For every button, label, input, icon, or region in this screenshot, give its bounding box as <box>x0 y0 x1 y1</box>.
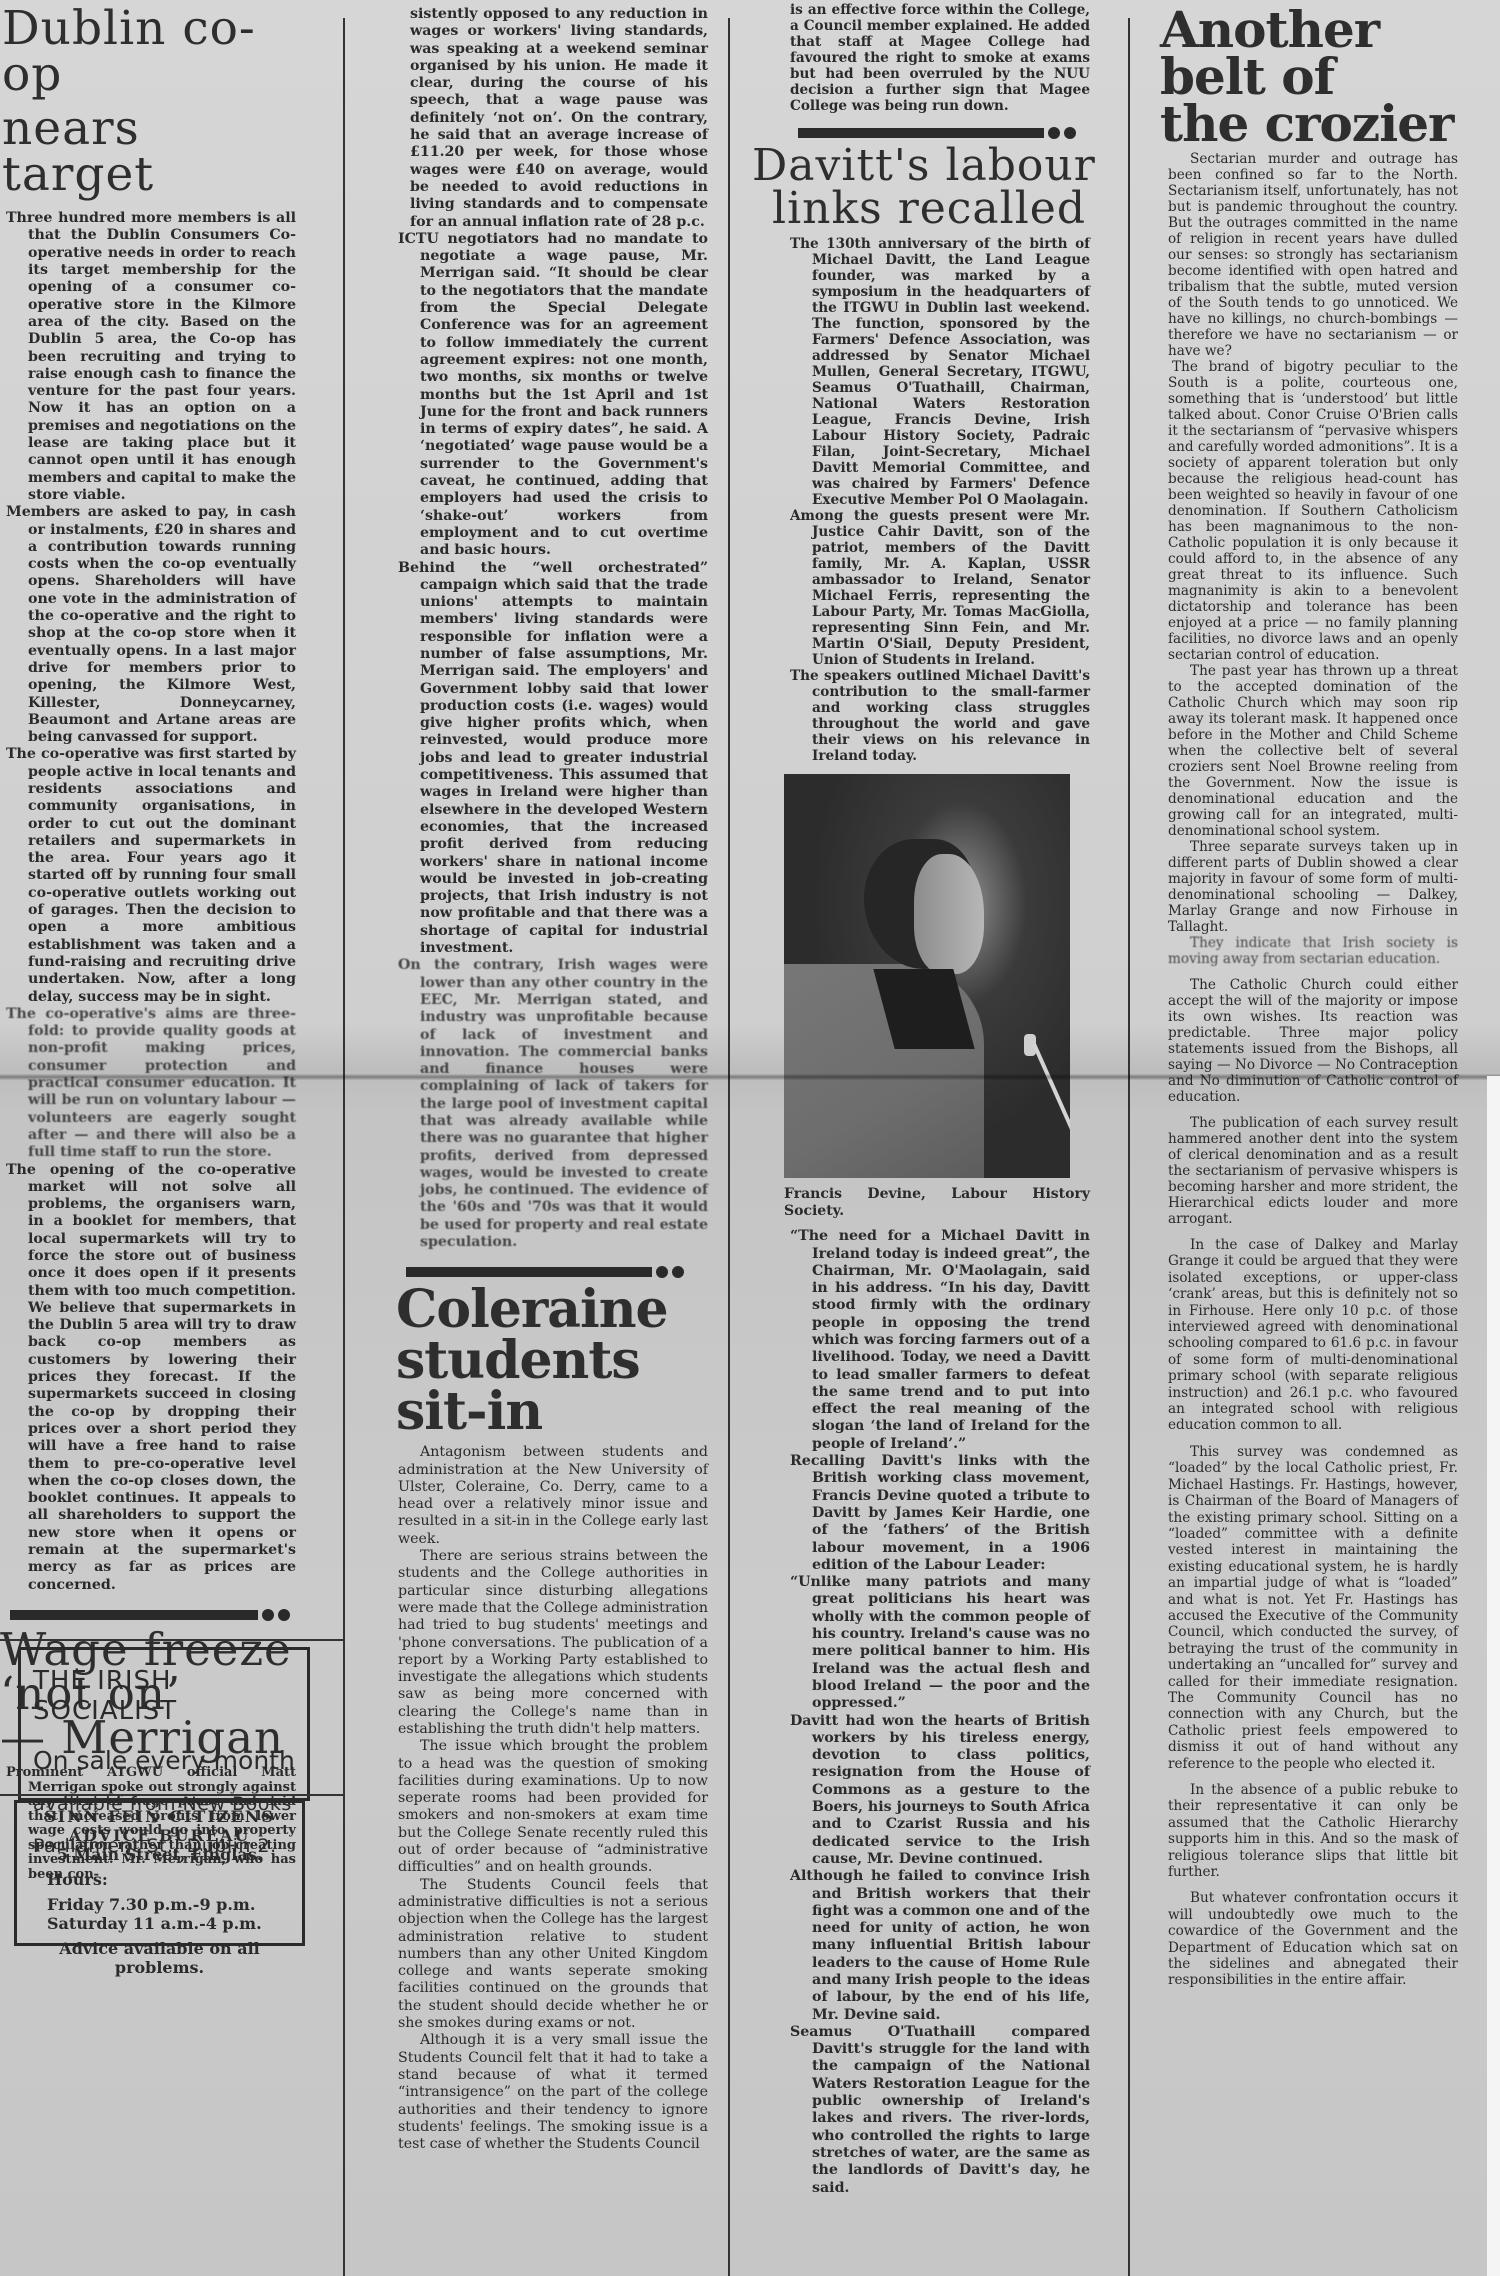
paragraph: The brand of bigotry peculiar to the Sou… <box>1168 359 1458 663</box>
paragraph: Sectarian murder and outrage has been co… <box>1168 151 1458 359</box>
paragraph: “The need for a Michael Davitt in Irelan… <box>790 1228 1090 1453</box>
paragraph: The past year has thrown up a threat to … <box>1168 663 1458 839</box>
paragraph: The Students Council feels that administ… <box>398 1877 708 2033</box>
ad-separator <box>0 1794 343 1796</box>
paragraph: Three separate surveys taken up in diffe… <box>1168 839 1458 935</box>
headline-davitt: Davitt's labour links recalled <box>752 144 1122 230</box>
paragraph: The opening of the co-operative market w… <box>6 1162 296 1594</box>
paragraph: Three hundred more members is all that t… <box>6 210 296 504</box>
article-wage-freeze: sistently opposed to any reduction in wa… <box>398 6 708 1251</box>
paragraph: sistently opposed to any reduction in wa… <box>398 6 708 231</box>
paragraph: Behind the “well orchestrated” campaign … <box>398 560 708 958</box>
paragraph: Antagonism between students and administ… <box>398 1444 708 1548</box>
paragraph: Members are asked to pay, in cash or ins… <box>6 504 296 746</box>
column-4: Another belt of the crozier Sectarian mu… <box>1160 0 1460 1989</box>
paragraph: The co-operative's aims are three-fold: … <box>6 1006 296 1162</box>
paragraph: But whatever confrontation occurs it wil… <box>1168 1890 1458 1988</box>
paragraph: The speakers outlined Michael Davitt's c… <box>790 668 1090 764</box>
headline-crozier: Another belt of the crozier <box>1160 6 1500 147</box>
paragraph: Seamus O'Tuathaill compared Davitt's str… <box>790 2024 1090 2197</box>
column-rule <box>1128 18 1130 2276</box>
article-crozier: Sectarian murder and outrage has been co… <box>1168 151 1458 1989</box>
column-rule <box>343 18 345 2276</box>
paragraph: Among the guests present were Mr. Justic… <box>790 508 1090 668</box>
paragraph: Although it is a very small issue the St… <box>398 2032 708 2153</box>
paper-fold-crease <box>0 1074 1500 1080</box>
paragraph: Davitt had won the hearts of British wor… <box>790 1713 1090 1869</box>
newspaper-page: Dublin co-op nears target Three hundred … <box>0 0 1500 2276</box>
paragraph: The publication of each survey result ha… <box>1168 1115 1458 1227</box>
ad-sinn-fein-advice-bureau: SINN FEIN CITIZENS ADVICE BUREAU 5 Main … <box>14 1800 305 1946</box>
paragraph: There are serious strains between the st… <box>398 1548 708 1738</box>
paragraph: This survey was condemned as “loaded” by… <box>1168 1444 1458 1772</box>
photo-caption: Francis Devine, Labour History Society. <box>784 1186 1090 1220</box>
paragraph: The co-operative was first started by pe… <box>6 746 296 1005</box>
paragraph: Recalling Davitt's links with the Britis… <box>790 1453 1090 1574</box>
paragraph: Although he failed to convince Irish and… <box>790 1868 1090 2024</box>
section-divider <box>798 126 1076 140</box>
paragraph: The issue which brought the problem to a… <box>398 1738 708 1876</box>
paragraph: “Unlike many patriots and many great pol… <box>790 1574 1090 1712</box>
headline-coleraine: Coleraine students sit-in <box>396 1285 708 1438</box>
ad-separator <box>0 1639 343 1641</box>
paragraph: On the contrary, Irish wages were lower … <box>398 957 708 1251</box>
section-divider <box>406 1265 684 1279</box>
column-rule <box>728 18 730 2276</box>
article-davitt: The 130th anniversary of the birth of Mi… <box>790 236 1090 2197</box>
column-3: is an effective force within the College… <box>790 0 1090 2197</box>
microphone <box>1032 1043 1070 1163</box>
section-divider <box>10 1608 290 1622</box>
headline-dublin-coop: Dublin co-op nears target <box>2 6 296 198</box>
article-coleraine-continued: is an effective force within the College… <box>790 2 1090 114</box>
photo-francis-devine <box>784 774 1070 1178</box>
paragraph: The 130th anniversary of the birth of Mi… <box>790 236 1090 508</box>
column-1: Dublin co-op nears target Three hundred … <box>6 0 296 1882</box>
paragraph: In the absence of a public rebuke to the… <box>1168 1782 1458 1880</box>
scan-edge <box>1487 1076 1500 2276</box>
paragraph: They indicate that Irish society is movi… <box>1168 935 1458 967</box>
paragraph: The Catholic Church could either accept … <box>1168 977 1458 1105</box>
paragraph: ICTU negotiators had no mandate to negot… <box>398 231 708 560</box>
ad-irish-socialist: THE IRISH SOCIALIST On sale every month … <box>18 1647 310 1801</box>
article-coleraine: Antagonism between students and administ… <box>398 1444 708 2153</box>
paragraph: In the case of Dalkey and Marlay Grange … <box>1168 1237 1458 1434</box>
article-dublin-coop: Three hundred more members is all that t… <box>6 210 296 1594</box>
